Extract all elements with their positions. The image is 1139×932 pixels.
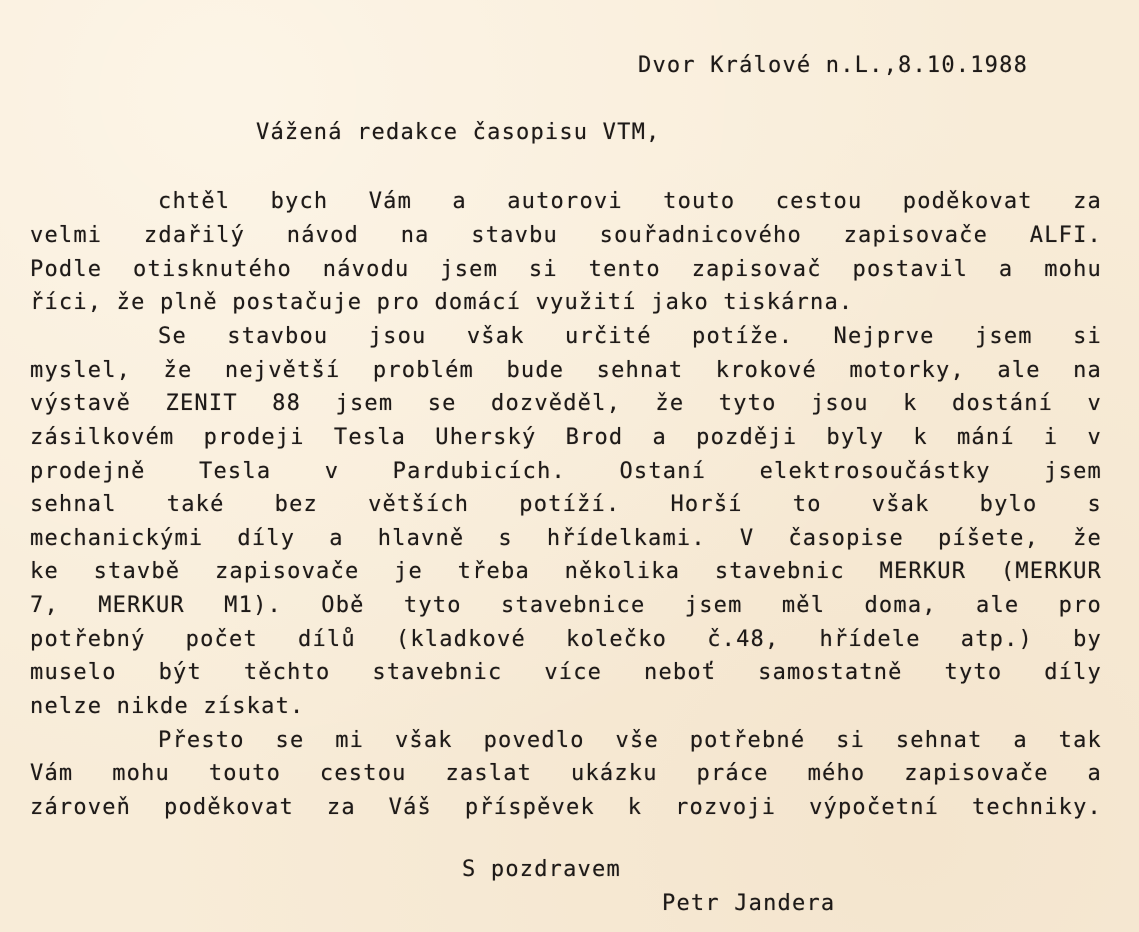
paragraph-1-line-1: chtěl bych Vám a autorovi touto cestou p… — [158, 187, 1102, 217]
place-date: Dvor Králové n.L.,8.10.1988 — [638, 51, 1028, 81]
paragraph-2-line-6: sehnal také bez větších potíží. Horší to… — [30, 490, 1102, 520]
paragraph-2-line-7: mechanickými díly a hlavně s hřídelkami.… — [30, 524, 1102, 554]
paragraph-2-line-12: nelze nikde získat. — [30, 692, 1102, 722]
letter-page: Dvor Králové n.L.,8.10.1988 Vážená redak… — [0, 0, 1139, 932]
paragraph-2-line-3: výstavě ZENIT 88 jsem se dozvěděl, že ty… — [30, 389, 1102, 419]
paragraph-1-line-4: říci, že plně postačuje pro domácí využi… — [30, 288, 1102, 318]
paragraph-2-line-2: myslel, že největší problém bude sehnat … — [30, 356, 1102, 386]
paragraph-2-line-11: muselo být těchto stavebnic více neboť s… — [30, 658, 1102, 688]
paragraph-3-line-2: Vám mohu touto cestou zaslat ukázku prác… — [30, 759, 1102, 789]
paragraph-2-line-9: 7, MERKUR M1). Obě tyto stavebnice jsem … — [30, 591, 1102, 621]
paragraph-1-line-2: velmi zdařilý návod na stavbu souřadnico… — [30, 221, 1102, 251]
paragraph-2-line-1: Se stavbou jsou však určité potíže. Nejp… — [158, 322, 1102, 352]
paragraph-1-line-3: Podle otisknutého návodu jsem si tento z… — [30, 255, 1102, 285]
salutation: Vážená redakce časopisu VTM, — [256, 118, 660, 148]
paragraph-2-line-4: zásilkovém prodeji Tesla Uherský Brod a … — [30, 423, 1102, 453]
paragraph-2-line-8: ke stavbě zapisovače je třeba několika s… — [30, 557, 1102, 587]
closing: S pozdravem — [462, 855, 621, 885]
signature: Petr Jandera — [662, 889, 835, 919]
paragraph-2-line-5: prodejně Tesla v Pardubicích. Ostaní ele… — [30, 457, 1102, 487]
paragraph-3-line-1: Přesto se mi však povedlo vše potřebné s… — [158, 726, 1102, 756]
paragraph-2-line-10: potřebný počet dílů (kladkové kolečko č.… — [30, 625, 1102, 655]
paragraph-3-line-3: zároveň poděkovat za Váš příspěvek k roz… — [30, 793, 1102, 823]
